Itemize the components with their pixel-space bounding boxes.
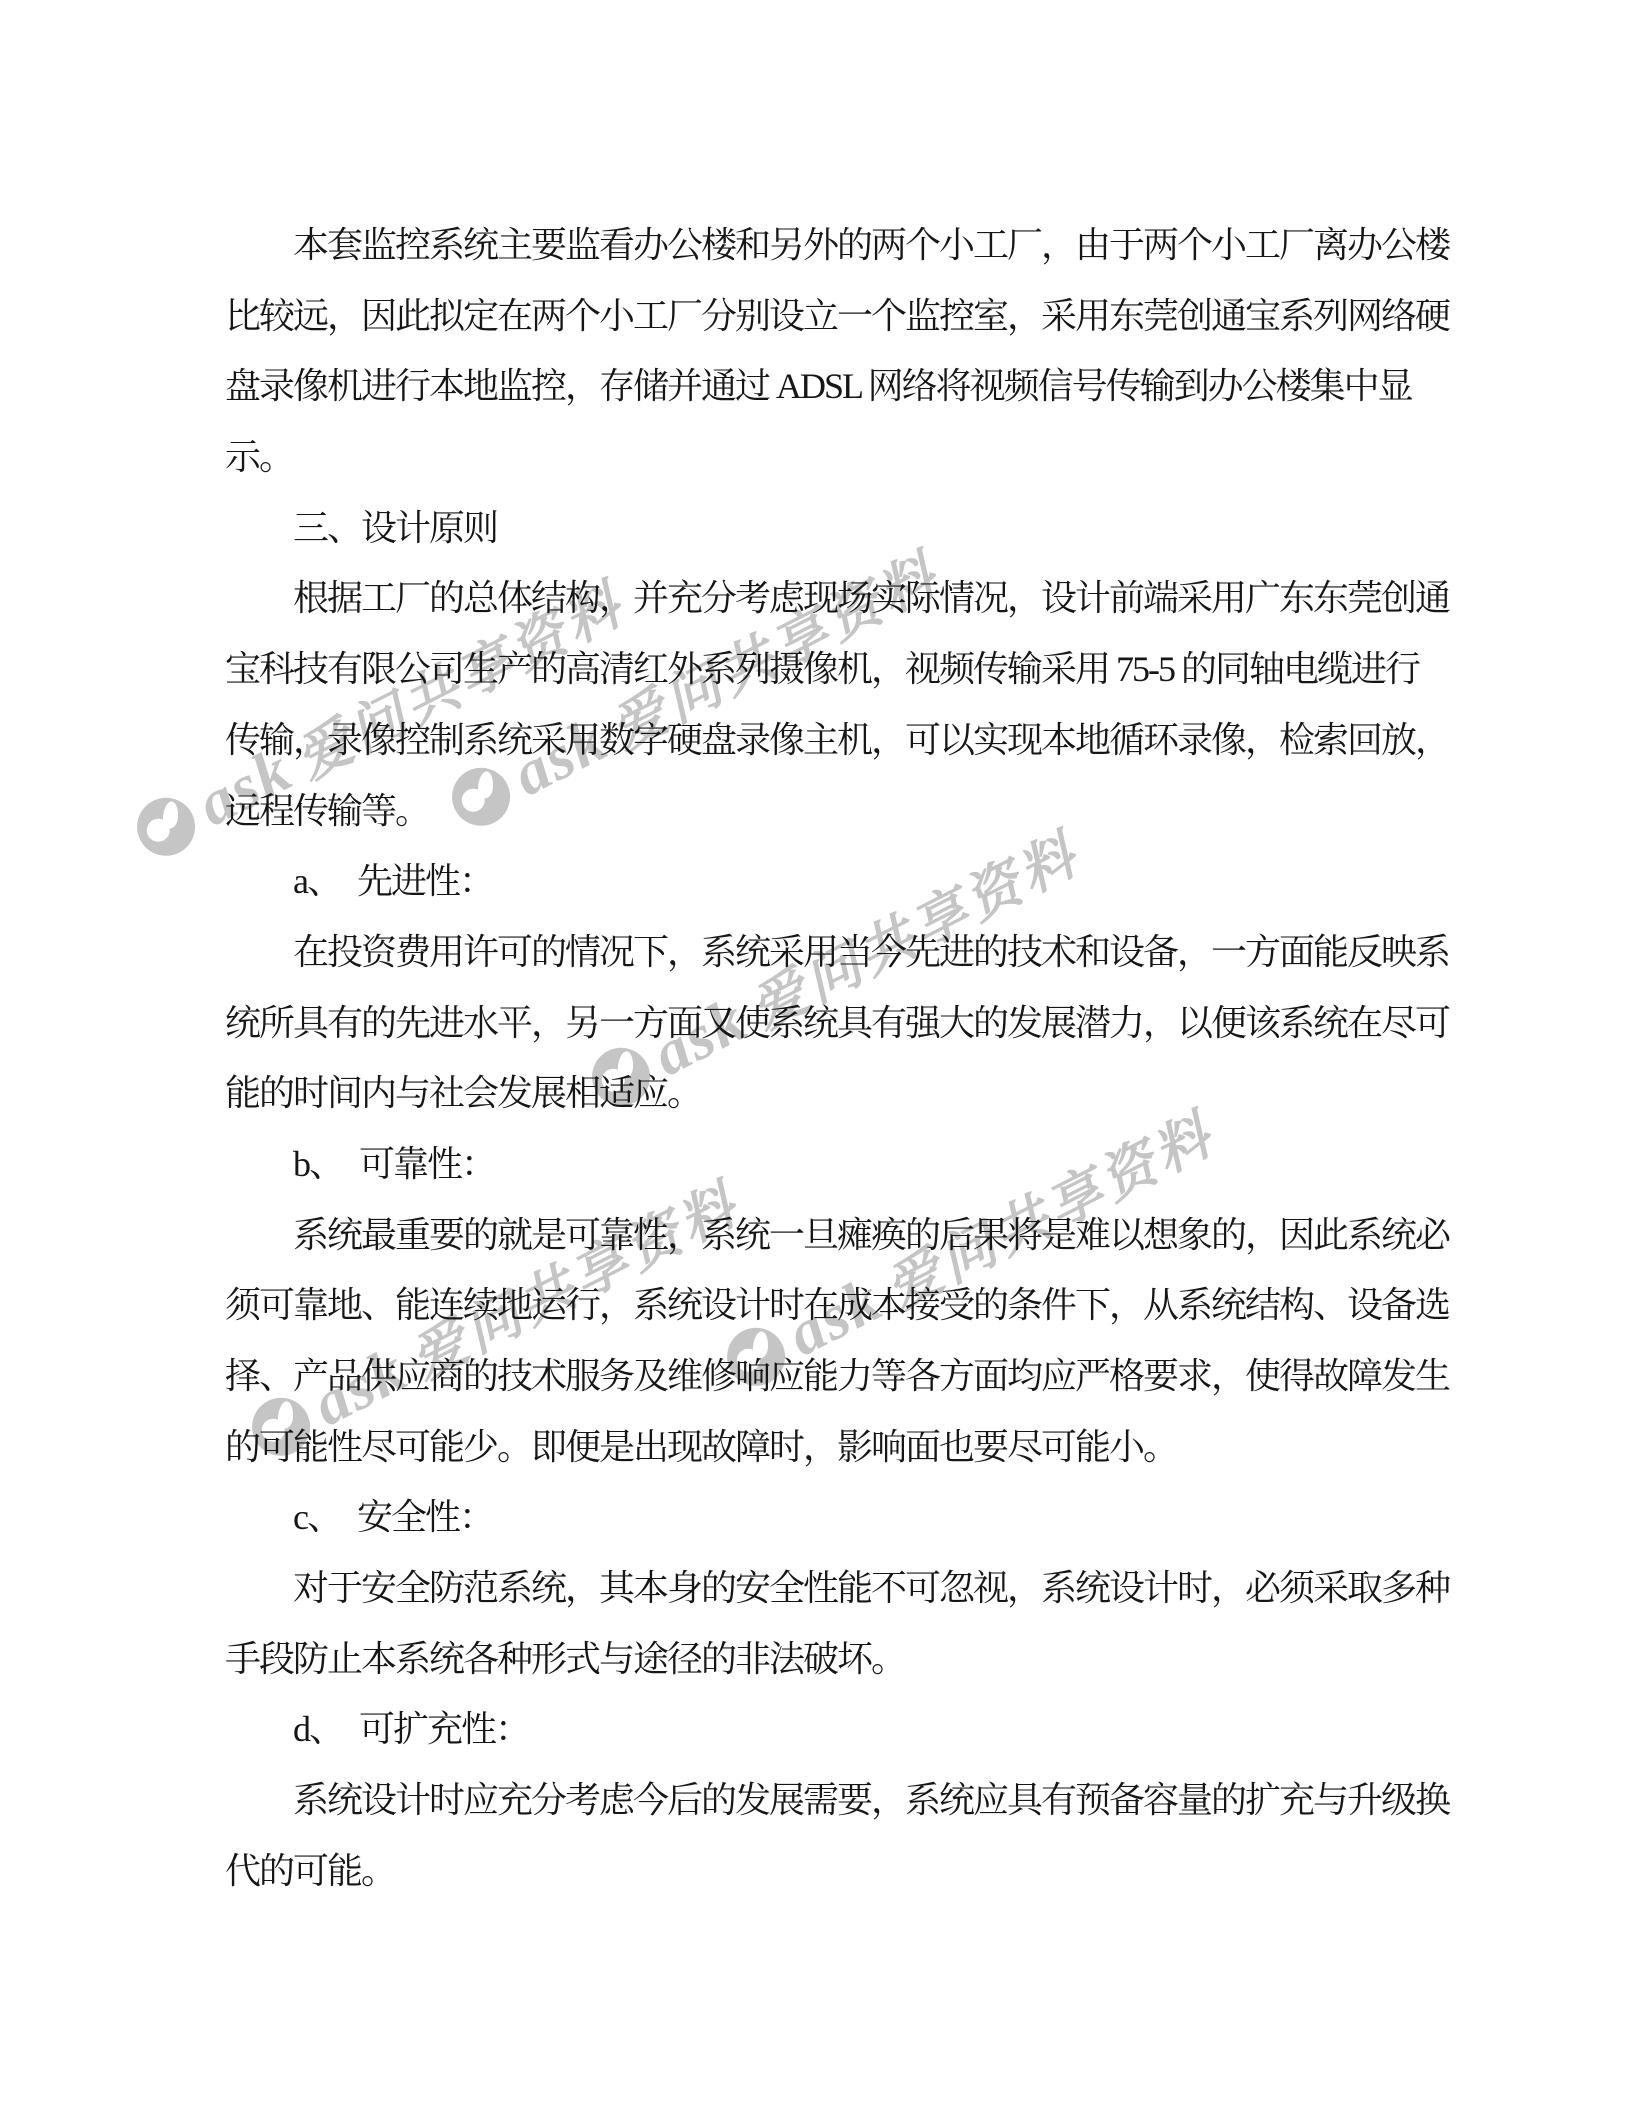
document-page: ask爱问共享资料ask爱问共享资料ask爱问共享资料ask爱问共享资料ask爱… <box>0 0 1632 2112</box>
text-line: 统所具有的先进水平，另一方面又使系统具有强大的发展潜力，以便该系统在尽可 <box>225 988 1525 1059</box>
text-line: 本套监控系统主要监看办公楼和另外的两个小工厂，由于两个小工厂离办公楼 <box>225 210 1525 281</box>
text-line: 根据工厂的总体结构，并充分考虑现场实际情况，设计前端采用广东东莞创通 <box>225 563 1525 634</box>
text-line: 能的时间内与社会发展相适应。 <box>225 1058 1525 1129</box>
text-line: 传输，录像控制系统采用数字硬盘录像主机，可以实现本地循环录像，检索回放， <box>225 705 1525 776</box>
text-line: 对于安全防范系统，其本身的安全性能不可忽视，系统设计时，必须采取多种 <box>225 1553 1525 1624</box>
text-line: 盘录像机进行本地监控，存储并通过 ADSL 网络将视频信号传输到办公楼集中显 <box>225 351 1525 422</box>
text-line: d、 可扩充性： <box>225 1694 1525 1765</box>
text-line: c、 安全性： <box>225 1482 1525 1553</box>
text-line: 宝科技有限公司生产的高清红外系列摄像机，视频传输采用 75-5 的同轴电缆进行 <box>225 634 1525 705</box>
text-line: 的可能性尽可能少。即便是出现故障时，影响面也要尽可能小。 <box>225 1412 1525 1483</box>
text-line: 比较远，因此拟定在两个小工厂分别设立一个监控室，采用东莞创通宝系列网络硬 <box>225 281 1525 352</box>
text-line: a、 先进性： <box>225 846 1525 917</box>
text-line: 在投资费用许可的情况下，系统采用当今先进的技术和设备，一方面能反映系 <box>225 917 1525 988</box>
text-line: 系统最重要的就是可靠性，系统一旦瘫痪的后果将是难以想象的，因此系统必 <box>225 1200 1525 1271</box>
text-line: 远程传输等。 <box>225 776 1525 847</box>
text-line: 手段防止本系统各种形式与途径的非法破坏。 <box>225 1624 1525 1695</box>
text-line: 择、产品供应商的技术服务及维修响应能力等各方面均应严格要求，使得故障发生 <box>225 1341 1525 1412</box>
text-line: 三、设计原则 <box>225 493 1525 564</box>
text-line: 系统设计时应充分考虑今后的发展需要，系统应具有预备容量的扩充与升级换 <box>225 1765 1525 1836</box>
text-line: 须可靠地、能连续地运行，系统设计时在成本接受的条件下，从系统结构、设备选 <box>225 1270 1525 1341</box>
iask-logo-icon <box>127 787 205 865</box>
text-line: b、 可靠性： <box>225 1129 1525 1200</box>
text-line: 示。 <box>225 422 1525 493</box>
document-body: 本套监控系统主要监看办公楼和另外的两个小工厂，由于两个小工厂离办公楼比较远，因此… <box>225 210 1525 1907</box>
text-line: 代的可能。 <box>225 1836 1525 1907</box>
